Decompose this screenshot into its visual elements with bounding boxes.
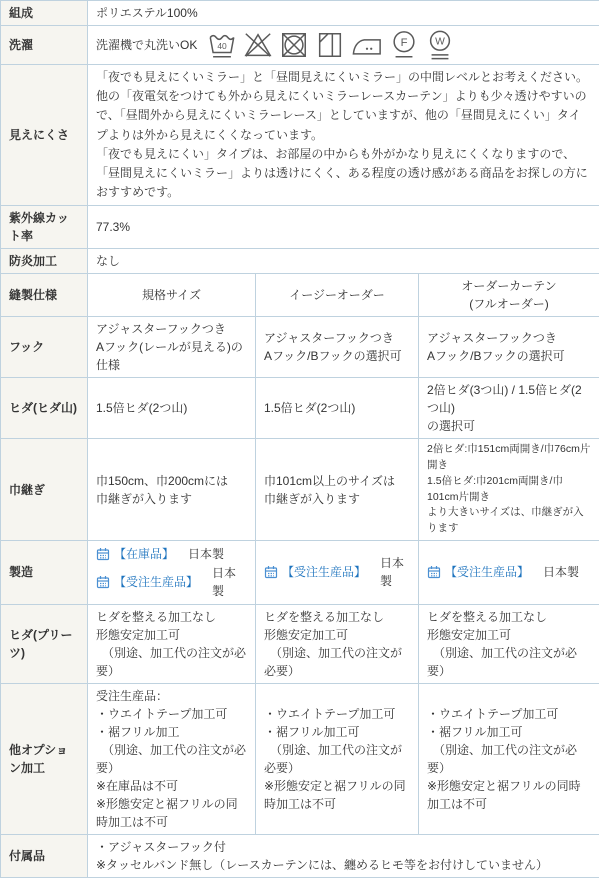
hook-standard: アジャスターフックつき Aフック(レールが見える)の仕様 [88, 317, 256, 378]
calendar-icon [427, 565, 441, 579]
row-visibility: 見えにくさ 「夜でも見えにくいミラー」と「昼間見えにくいミラー」の中間レベルとお… [1, 65, 599, 206]
row-flame: 防炎加工 なし [1, 249, 599, 274]
pleat-count-standard: 1.5倍ヒダ(2つ山) [88, 378, 256, 439]
row-label-uv-cut: 紫外線カット率 [1, 206, 88, 249]
pleat-count-easy-order: 1.5倍ヒダ(2つ山) [256, 378, 419, 439]
row-label-hook: フック [1, 317, 88, 378]
made-to-order-link[interactable]: 【受注生産品】 [445, 563, 529, 581]
options-standard: 受注生産品： ・ウエイトテープ加工可 ・裾フリル加工 （別途、加工代の注文が必要… [88, 683, 256, 834]
product-spec-table: 組成 ポリエステル100% 洗濯 洗濯機で丸洗いOK 40 [0, 0, 599, 878]
row-label-pleat-count: ヒダ(ヒダ山) [1, 378, 88, 439]
svg-text:F: F [401, 37, 408, 49]
col-header-full-order: オーダーカーテン (フルオーダー) [419, 274, 599, 317]
washing-value-cell: 洗濯機で丸洗いOK 40 [88, 26, 599, 65]
machine-wash-40-icon: 40 [207, 30, 237, 60]
options-full-order: ・ウエイトテープ加工可 ・裾フリル加工可 （別途、加工代の注文が必要） ※形態安… [419, 683, 599, 834]
row-manufacture: 製造 【在庫品】 日本製 [1, 540, 599, 604]
pleat-count-full-order: 2倍ヒダ(3つ山) / 1.5倍ヒダ(2つ山) の選択可 [419, 378, 599, 439]
manufacture-full-order: 【受注生産品】 日本製 [419, 540, 599, 604]
width-joint-easy-order: 巾101cm以上のサイズは 巾継ぎが入ります [256, 439, 419, 541]
width-joint-full-order: 2倍ヒダ:巾151cm両開き/巾76cm片開き 1.5倍ヒダ:巾201cm両開き… [419, 439, 599, 541]
made-in-japan-label: 日本製 [543, 563, 579, 581]
row-label-visibility: 見えにくさ [1, 65, 88, 206]
svg-text:W: W [435, 37, 445, 48]
line-dry-shade-icon [315, 30, 345, 60]
no-bleach-icon [243, 30, 273, 60]
row-pleat-count: ヒダ(ヒダ山) 1.5倍ヒダ(2つ山) 1.5倍ヒダ(2つ山) 2倍ヒダ(3つ山… [1, 378, 599, 439]
pleats-easy-order: ヒダを整える加工なし 形態安定加工可 （別途、加工代の注文が必要） [256, 604, 419, 683]
calendar-icon [96, 547, 110, 561]
row-label-width-joint: 巾継ぎ [1, 439, 88, 541]
row-label-sewing-spec: 縫製仕様 [1, 274, 88, 317]
row-composition: 組成 ポリエステル100% [1, 1, 599, 26]
no-tumble-dry-icon [279, 30, 309, 60]
row-label-accessories: 付属品 [1, 834, 88, 877]
col-header-easy-order: イージーオーダー [256, 274, 419, 317]
row-accessories: 付属品 ・アジャスターフック付 ※タッセルバンド無し（レースカーテンには、纏める… [1, 834, 599, 877]
dry-clean-f-icon: F [389, 29, 419, 61]
col-header-standard-size: 規格サイズ [88, 274, 256, 317]
made-to-order-link[interactable]: 【受注生産品】 [282, 563, 366, 581]
row-uv-cut: 紫外線カット率 77.3% [1, 206, 599, 249]
washing-text: 洗濯機で丸洗いOK [96, 36, 197, 54]
visibility-value: 「夜でも見えにくいミラー」と「昼間見えにくいミラー」の中間レベルとお考えください… [88, 65, 599, 206]
row-washing: 洗濯 洗濯機で丸洗いOK 40 [1, 26, 599, 65]
hook-full-order: アジャスターフックつき Aフック/Bフックの選択可 [419, 317, 599, 378]
manufacture-standard: 【在庫品】 日本製 【受注生産品】 日本製 [88, 540, 256, 604]
svg-text:40: 40 [218, 41, 228, 51]
options-easy-order: ・ウエイトテープ加工可 ・裾フリル加工可 （別途、加工代の注文が必要） ※形態安… [256, 683, 419, 834]
stock-item-link[interactable]: 【在庫品】 [114, 545, 174, 563]
row-label-pleats: ヒダ(プリーツ) [1, 604, 88, 683]
calendar-icon [264, 565, 278, 579]
row-width-joint: 巾継ぎ 巾150cm、巾200cmには 巾継ぎが入ります 巾101cm以上のサイ… [1, 439, 599, 541]
pleats-full-order: ヒダを整える加工なし 形態安定加工可 （別途、加工代の注文が必要） [419, 604, 599, 683]
row-label-composition: 組成 [1, 1, 88, 26]
row-label-flame: 防炎加工 [1, 249, 88, 274]
pleats-standard: ヒダを整える加工なし 形態安定加工可 （別途、加工代の注文が必要） [88, 604, 256, 683]
composition-value: ポリエステル100% [88, 1, 599, 26]
uv-cut-value: 77.3% [88, 206, 599, 249]
flame-value: なし [88, 249, 599, 274]
made-in-japan-label: 日本製 [212, 564, 247, 600]
row-label-other-options: 他オプション加工 [1, 683, 88, 834]
row-pleats: ヒダ(プリーツ) ヒダを整える加工なし 形態安定加工可 （別途、加工代の注文が必… [1, 604, 599, 683]
made-to-order-link[interactable]: 【受注生産品】 [114, 573, 198, 591]
manufacture-easy-order: 【受注生産品】 日本製 [256, 540, 419, 604]
wet-clean-w-icon: W [425, 29, 455, 61]
accessories-value: ・アジャスターフック付 ※タッセルバンド無し（レースカーテンには、纏めるヒモ等を… [88, 834, 599, 877]
iron-medium-icon [351, 30, 383, 60]
calendar-icon [96, 575, 110, 589]
row-label-washing: 洗濯 [1, 26, 88, 65]
made-in-japan-label: 日本製 [188, 545, 224, 563]
row-other-options: 他オプション加工 受注生産品： ・ウエイトテープ加工可 ・裾フリル加工 （別途、… [1, 683, 599, 834]
row-hook: フック アジャスターフックつき Aフック(レールが見える)の仕様 アジャスターフ… [1, 317, 599, 378]
hook-easy-order: アジャスターフックつき Aフック/Bフックの選択可 [256, 317, 419, 378]
made-in-japan-label: 日本製 [380, 554, 410, 590]
width-joint-standard: 巾150cm、巾200cmには 巾継ぎが入ります [88, 439, 256, 541]
row-label-manufacture: 製造 [1, 540, 88, 604]
row-sewing-spec: 縫製仕様 規格サイズ イージーオーダー オーダーカーテン (フルオーダー) [1, 274, 599, 317]
